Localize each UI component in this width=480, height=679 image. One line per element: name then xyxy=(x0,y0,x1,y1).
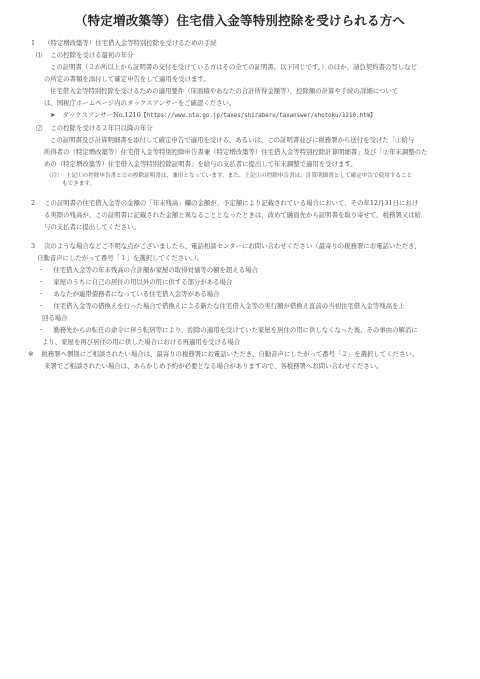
section-text: 次のような場合などご不明な点がございましたら、電話相談センターにお問い合わせくだ… xyxy=(44,242,421,250)
bullet-continuation: より、家屋を再び居住の用に供した場合における再適用を受ける場合 xyxy=(42,338,240,346)
section-number: 3 xyxy=(31,242,35,250)
note-line: （注）上記①の控除申告書と②の控除証明書は、兼用となっています。また、上記①の控… xyxy=(46,172,412,180)
subsection-number: ⑴ xyxy=(36,51,42,59)
arrow-icon: ➤ xyxy=(50,111,55,119)
paragraph-line: の所定の書類を添付して確定申告をして適用を受けます。 xyxy=(44,75,210,83)
subsection-1-heading: ⑴この控除を受ける最初の年分 xyxy=(36,51,133,59)
note-label: （注） xyxy=(46,173,63,179)
note-line: もできます。 xyxy=(62,180,95,188)
subsection-title: この控除を受ける２年目以降の年分 xyxy=(50,124,152,132)
section-1-heading: 1（特定増改築等）住宅借入金等特別控除を受けるための手続 xyxy=(31,39,217,47)
paragraph-line: この証明書及び計算明細書を添付して確定申告で適用を受ける、あるいは、この証明書並… xyxy=(50,136,414,144)
bullet-icon: ・ xyxy=(38,302,44,310)
subsection-title: この控除を受ける最初の年分 xyxy=(50,51,133,59)
paragraph-line: は、国税庁ホームページ内のタックスアンサーをご確認ください。 xyxy=(44,99,235,107)
bullet-text: 住宅借入金等の年末残高の合計額が家屋の取得対価等の額を超える場合 xyxy=(53,266,258,274)
bullet-text: 家屋のうちに自己の居住の用以外の用に供する部分がある場合 xyxy=(53,278,232,286)
page-title: （特定増改築等）住宅借入金等特別控除を受けられる方へ xyxy=(0,11,480,29)
paragraph-line: この証明書（２か所以上から証明書の交付を受けている方はその全ての証明書。以下同じ… xyxy=(50,63,417,71)
paragraph-line: 住宅借入金等特別控除を受けるための適用要件（床面積やあなたの合計所得金額等）、控… xyxy=(50,87,398,95)
section-number: 2 xyxy=(31,199,35,207)
bullet-item: ・家屋のうちに自己の居住の用以外の用に供する部分がある場合 xyxy=(38,278,232,286)
tax-answer-link-line: ➤タックスアンサーNo.1210【https://www.nta.go.jp/t… xyxy=(50,111,376,120)
tax-answer-label: タックスアンサーNo.1210 xyxy=(62,111,140,119)
footnote-line: ※税務署へ個別にご相談されたい場合は、最寄りの税務署にお電話いただき、自動音声に… xyxy=(28,350,418,358)
section-2-line: 2この証明書の住宅借入金等の金額の「年末残高」欄の金額が、予定額により記載されて… xyxy=(31,199,418,207)
bullet-item: ・住宅借入金等の年末残高の合計額が家屋の取得対価等の額を超える場合 xyxy=(38,266,258,274)
bullet-icon: ・ xyxy=(38,266,44,274)
bullet-text: 住宅借入金等の借換えを行った場合で借換えによる新たな住宅借入金等の実行額が借換え… xyxy=(53,302,404,310)
document-page: （特定増改築等）住宅借入金等特別控除を受けられる方へ 1（特定増改築等）住宅借入… xyxy=(0,0,480,679)
subsection-2-heading: ⑵この控除を受ける２年目以降の年分 xyxy=(36,124,153,132)
bullet-icon: ・ xyxy=(38,290,44,298)
bullet-continuation: 回る場合 xyxy=(42,314,68,322)
bullet-item: ・勤務先からの転任の命令に伴う転居等により、控除の適用を受けていた家屋を居住の用… xyxy=(38,326,418,334)
bullet-icon: ・ xyxy=(38,278,44,286)
paragraph-line: めの（特定増改築等）住宅借入金等特別控除証明書」を給与の支払者に提出して年末調整… xyxy=(44,160,357,168)
tax-answer-url-link[interactable]: 【https://www.nta.go.jp/taxes/shiraberu/t… xyxy=(141,113,376,119)
paragraph-line: 自動音声にしたがって番号「１」を選択してください。）。 xyxy=(37,254,203,262)
bullet-item: ・あなたが連帯債務者になっている住宅借入金等がある場合 xyxy=(38,290,220,298)
section-text: この証明書の住宅借入金等の金額の「年末残高」欄の金額が、予定額により記載されてい… xyxy=(44,199,418,207)
subsection-number: ⑵ xyxy=(36,124,42,132)
paragraph-line: 所得者の（特定増改築等）住宅借入金等特別控除申告書兼（特定増改築等）住宅借入金等… xyxy=(44,148,427,156)
section-3-line: 3次のような場合などご不明な点がございましたら、電話相談センターにお問い合わせく… xyxy=(31,242,421,250)
bullet-text: 勤務先からの転任の命令に伴う転居等により、控除の適用を受けていた家屋を居住の用に… xyxy=(53,326,417,334)
note-text: 上記①の控除申告書と②の控除証明書は、兼用となっています。また、上記①の控除申告… xyxy=(66,173,412,179)
paragraph-line: る実際の残高が、この証明書に記載された金額と異なることとなったときは、改めて融資… xyxy=(44,211,421,219)
bullet-icon: ・ xyxy=(38,326,44,334)
footnote-text: 税務署へ個別にご相談されたい場合は、最寄りの税務署にお電話いただき、自動音声にし… xyxy=(41,350,418,358)
bullet-item: ・住宅借入金等の借換えを行った場合で借換えによる新たな住宅借入金等の実行額が借換… xyxy=(38,302,405,310)
footnote-line: 来署でご相談されたい場合は、あらかじめ予約が必要となる場合がありますので、各税務… xyxy=(44,362,383,370)
asterisk-mark-icon: ※ xyxy=(28,350,33,358)
section-number: 1 xyxy=(31,39,35,47)
bullet-text: あなたが連帯債務者になっている住宅借入金等がある場合 xyxy=(53,290,219,298)
paragraph-line: 与の支払者に提出してください。 xyxy=(44,223,140,231)
section-title: （特定増改築等）住宅借入金等特別控除を受けるための手続 xyxy=(44,39,217,47)
